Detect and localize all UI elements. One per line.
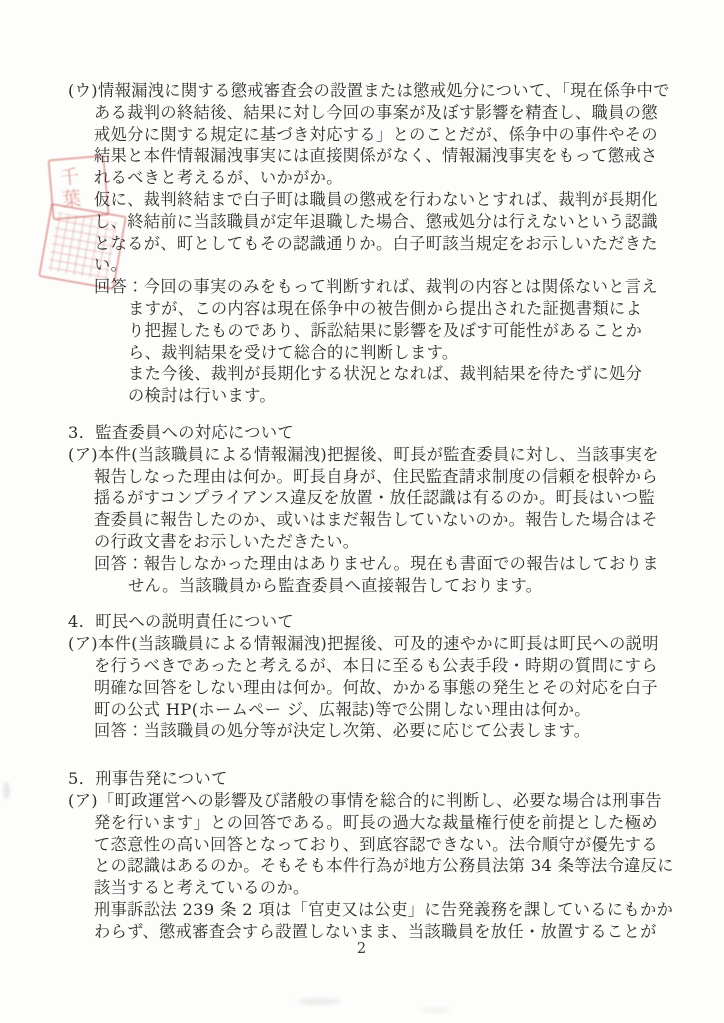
text-line: 査委員に報告したのか、或いはまだ報告していないのか。報告した場合はそ xyxy=(94,509,672,531)
text-line: て恣意性の高い回答となっており、到底容認できない。法令順守が優先する xyxy=(94,834,672,856)
text-line: 回答：当該職員の処分等が決定し次第、必要に応じて公表します。 xyxy=(94,720,672,742)
text-line: わらず、懲戒審査会すら設置しないまま、当該職員を放任・放置することが xyxy=(94,921,672,943)
text-line: 町の公式 HP(ホームペー ジ、広報誌)等で公開しない理由は何か。 xyxy=(94,699,672,721)
text-line: れるべきと考えるが、いかがか。 xyxy=(94,167,672,189)
text-line: の行政文書をお示しいただきたい。 xyxy=(94,531,672,553)
scanned-document-page: 千葉 (ウ)情報漏洩に関する懲戒審査会の設置または懲戒処分について、「現在係争中… xyxy=(0,0,724,1023)
text-line: ある裁判の終結後、結果に対し今回の事案が及ぼす影響を精査し、職員の懲 xyxy=(94,102,672,124)
text-line: り把握したものであり、訴訟結果に影響を及ぼす可能性があることか xyxy=(128,320,672,342)
text-line: また今後、裁判が長期化する状況となれば、裁判結果を待たずに処分 xyxy=(128,363,672,385)
text-line: 刑事訴訟法 239 条 2 項は「官吏又は公吏」に告発義務を課しているにもかか xyxy=(94,899,672,921)
text-line: の検討は行います。 xyxy=(128,385,672,407)
text-line: を行うべきであったと考えるが、本日に至るも公表手段・時期の質問にすら xyxy=(94,655,672,677)
text-line: 5．刑事告発について xyxy=(68,768,672,790)
text-line: 該当すると考えているのか。 xyxy=(94,877,672,899)
text-line: い。 xyxy=(94,254,672,276)
scan-smudge xyxy=(297,999,341,1004)
text-line: (ウ)情報漏洩に関する懲戒審査会の設置または懲戒処分について、「現在係争中で xyxy=(68,80,672,102)
text-line: (ア)「町政運営への影響及び諸般の事情を総合的に判断し、必要な場合は刑事告 xyxy=(68,790,672,812)
scan-artifact-left-edge xyxy=(3,782,10,799)
text-line: ら、裁判結果を受けて総合的に判断します。 xyxy=(128,342,672,364)
text-line: 報告しなった理由は何か。町長自身が、住民監査請求制度の信頼を根幹から xyxy=(94,466,672,488)
text-line: 戒処分に関する規定に基づき対応する」とのことだが、係争中の事件やその xyxy=(94,124,672,146)
text-line: 結果と本件情報漏洩事実には直接関係がなく、情報漏洩事実をもって懲戒さ xyxy=(94,145,672,167)
text-line: 明確な回答をしない理由は何か。何故、かかる事態の発生とその対応を白子 xyxy=(94,677,672,699)
section-5-criminal-complaint: 5．刑事告発について(ア)「町政運営への影響及び諸般の事情を総合的に判断し、必要… xyxy=(68,768,672,942)
text-line: との認識はあるのか。そもそも本件行為が地方公務員法第 34 条等法令違反に xyxy=(94,855,672,877)
text-line: となるが、町としてもその認識通りか。白子町該当規定をお示しいただきた xyxy=(94,233,672,255)
page-number: 2 xyxy=(0,941,724,957)
text-line: 仮に、裁判終結まで白子町は職員の懲戒を行わないとすれば、裁判が長期化 xyxy=(94,189,672,211)
text-line: ますが、この内容は現在係争中の被告側から提出された証拠書類によ xyxy=(128,298,672,320)
section-3-audit-commissioner: 3．監査委員への対応について(ア)本件(当該職員による情報漏洩)把握後、町長が監… xyxy=(68,422,672,596)
text-line: せん。当該職員から監査委員へ直接報告しております。 xyxy=(128,575,672,597)
text-line: し、終結前に当該職員が定年退職した場合、懲戒処分は行えないという認識 xyxy=(94,211,672,233)
text-line: 回答：報告しなかった理由はありません。現在も書面での報告はしておりま xyxy=(94,553,672,575)
text-line: 発を行います」との回答である。町長の過大な裁量権行使を前提とした極め xyxy=(94,812,672,834)
text-line: 回答：今回の事実のみをもって判断すれば、裁判の内容とは関係ないと言え xyxy=(94,276,672,298)
text-line: (ア)本件(当該職員による情報漏洩)把握後、可及的速やかに町長は町民への説明 xyxy=(68,633,672,655)
document-body: (ウ)情報漏洩に関する懲戒審査会の設置または懲戒処分について、「現在係争中である… xyxy=(68,80,672,942)
section-2-disciplinary-review: (ウ)情報漏洩に関する懲戒審査会の設置または懲戒処分について、「現在係争中である… xyxy=(68,80,672,407)
text-line: 揺るがすコンプライアンス違反を放置・放任認識は有るのか。町長はいつ監 xyxy=(94,487,672,509)
section-4-accountability-to-residents: 4．町民への説明責任について(ア)本件(当該職員による情報漏洩)把握後、可及的速… xyxy=(68,611,672,742)
text-line: 4．町民への説明責任について xyxy=(68,611,672,633)
text-line: (ア)本件(当該職員による情報漏洩)把握後、町長が監査委員に対し、当該事実を xyxy=(68,444,672,466)
scan-smudge xyxy=(420,1008,450,1012)
text-line: 3．監査委員への対応について xyxy=(68,422,672,444)
